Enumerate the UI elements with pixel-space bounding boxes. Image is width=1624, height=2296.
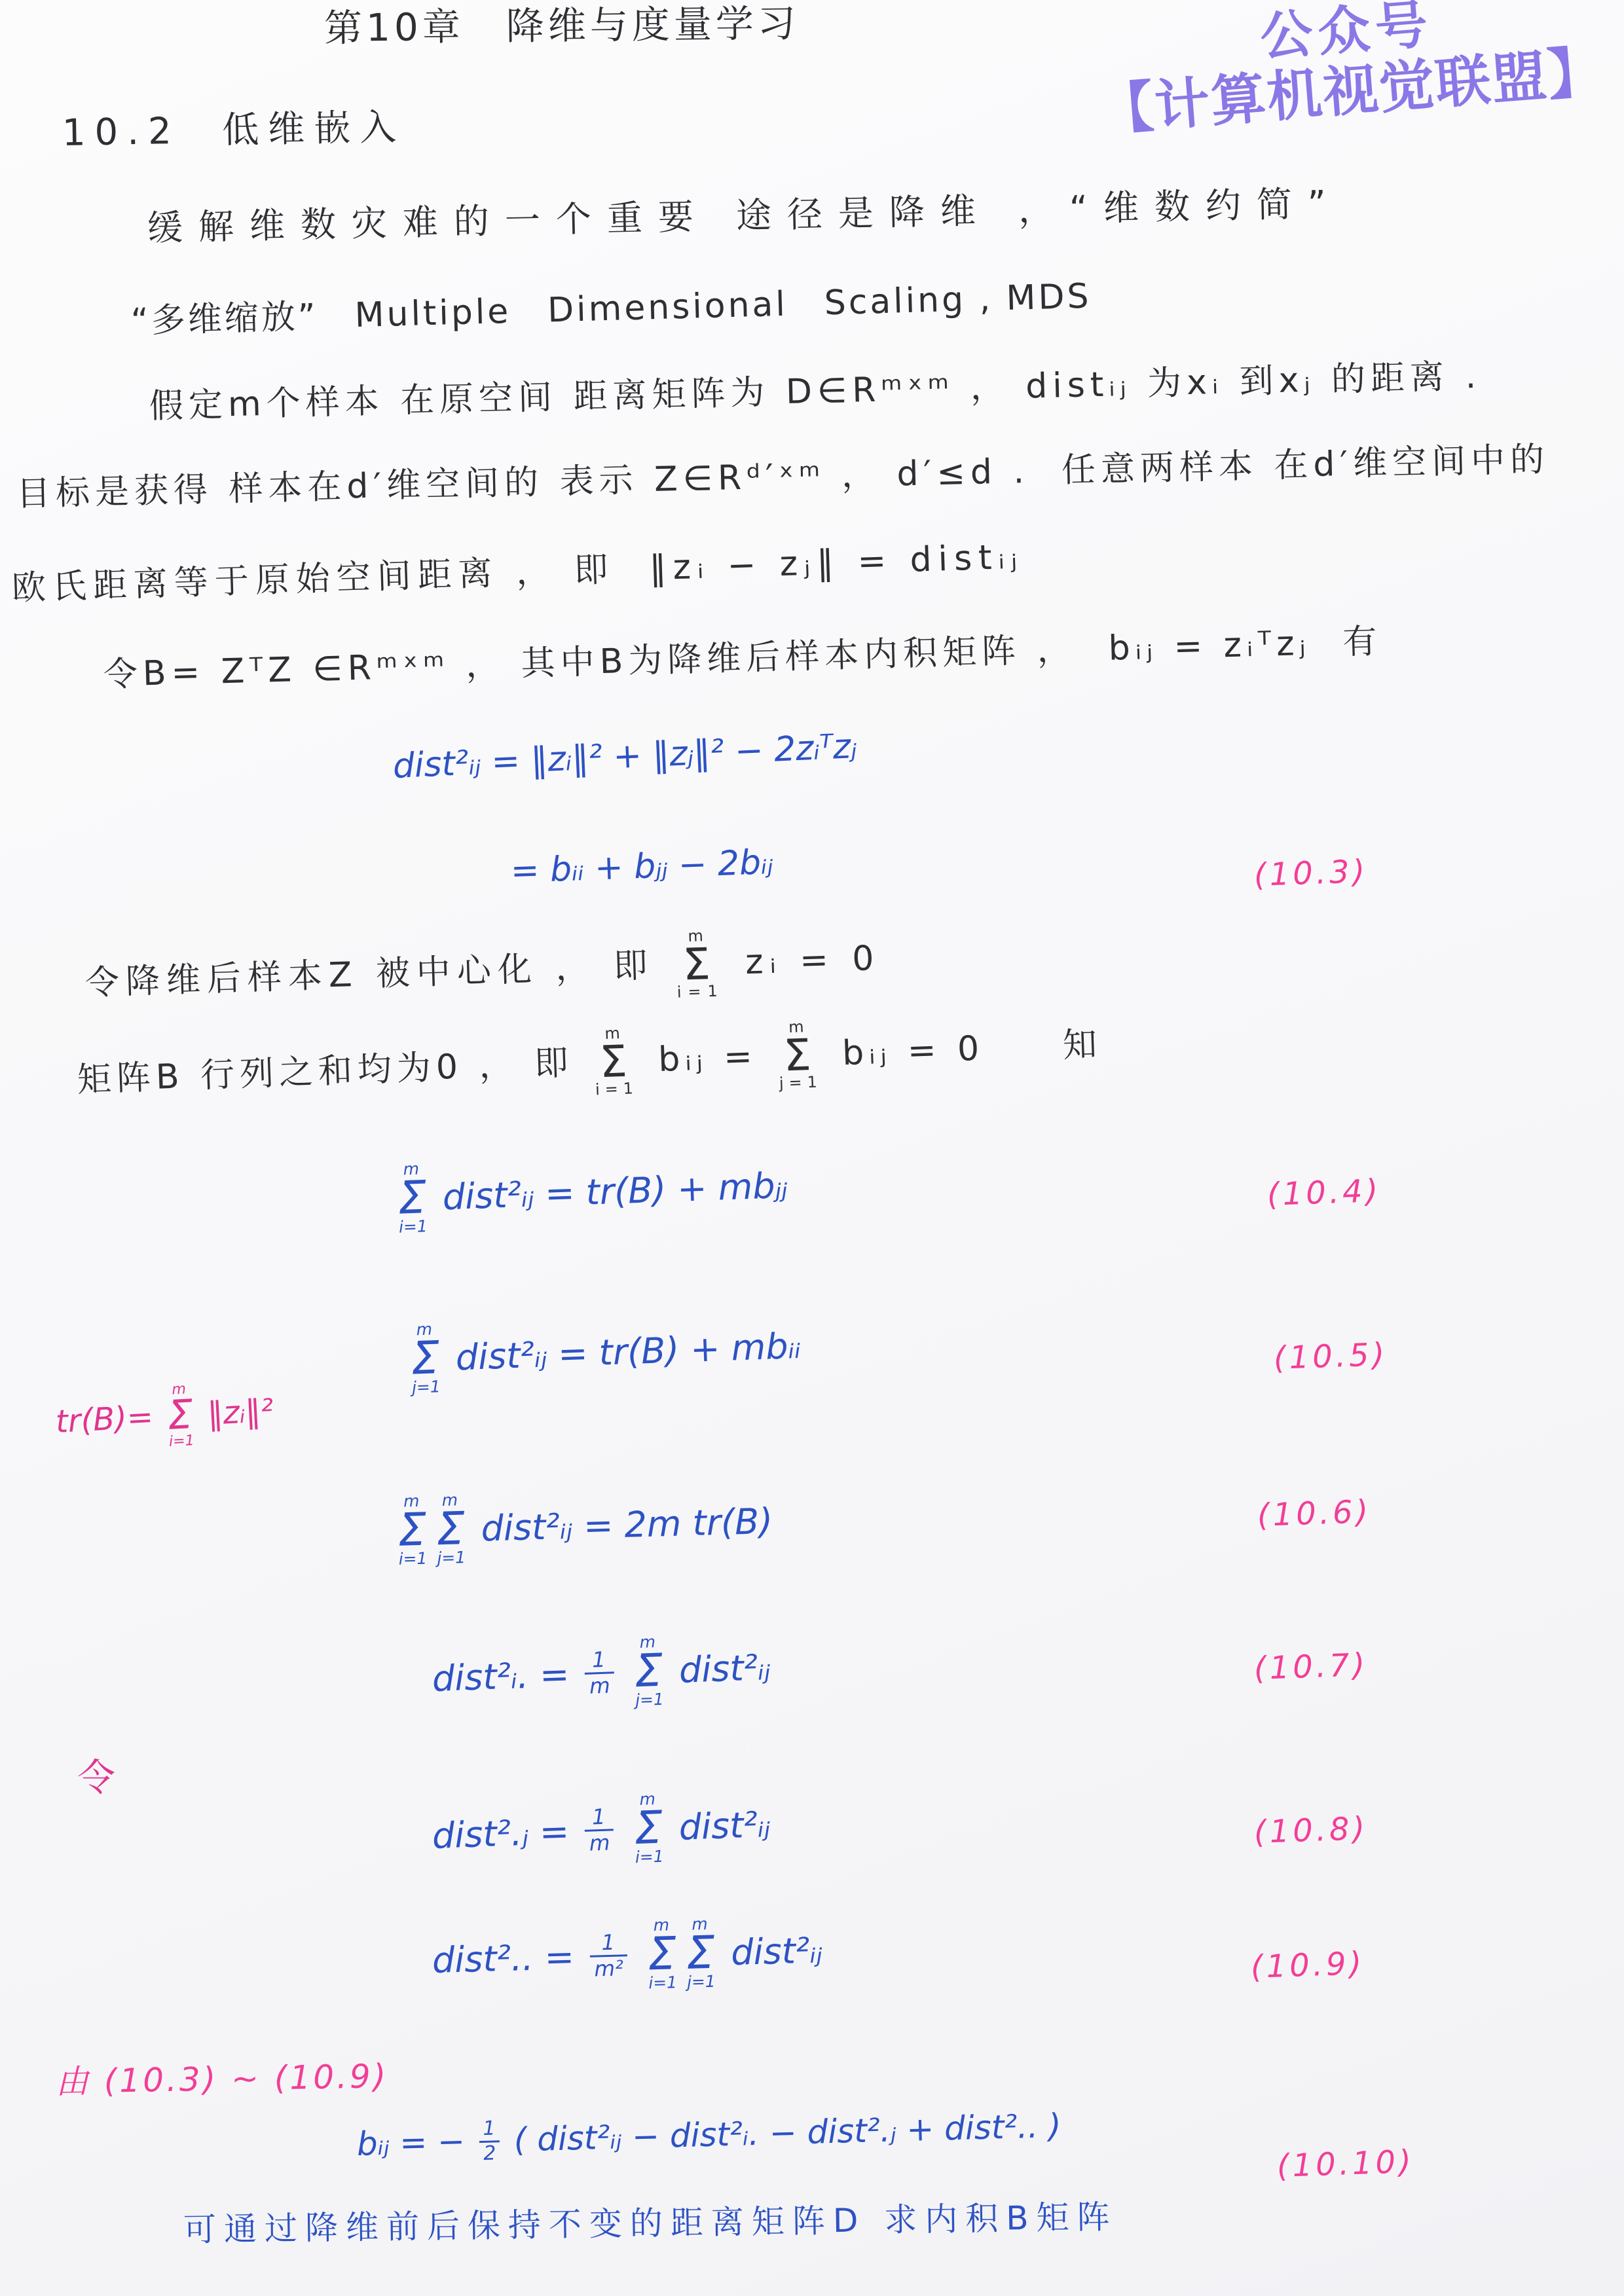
paragraph-assume-distance-matrix: 假定m个样本 在原空间 距离矩阵为 D∈Rᵐˣᵐ ， distᵢⱼ 为xᵢ 到x… (149, 357, 1481, 427)
equation-label-10-6: (10.6) (1257, 1494, 1372, 1534)
chapter-title: 第10章 降维与度量学习 (324, 1, 800, 50)
equation-label-10-8: (10.8) (1253, 1811, 1369, 1851)
section-heading: 10.2 低维嵌入 (62, 107, 405, 155)
equation-label-10-10: (10.10) (1276, 2144, 1415, 2185)
conclusion-note: 可通过降维前后保持不变的距离矩阵D 求内积B矩阵 (183, 2198, 1118, 2249)
equation-10-7: dist²ᵢ. = 1m mΣj=1 dist²ᵢⱼ (431, 1630, 771, 1716)
paragraph-centering-condition: 令降维后样本Z 被中心化 ， 即 mΣi=1 zᵢ = 0 (84, 923, 881, 1019)
equation-label-10-7: (10.7) (1253, 1647, 1369, 1687)
equation-10-5: mΣj=1 dist²ᵢⱼ = tr(B) + mbᵢᵢ (405, 1309, 802, 1396)
equation-label-10-5: (10.5) (1273, 1337, 1388, 1377)
equation-10-9: dist².. = 1m² mΣi=1mΣj=1 dist²ᵢⱼ (432, 1913, 824, 1997)
equation-label-10-9: (10.9) (1250, 1946, 1365, 1986)
equation-10-3-line1: dist²ᵢⱼ = ‖zᵢ‖² + ‖zⱼ‖² − 2zᵢᵀzⱼ (392, 727, 858, 787)
equation-10-8: dist².ⱼ = 1m mΣi=1 dist²ᵢⱼ (431, 1787, 771, 1873)
margin-note-from-equations: 由 (10.3) ~ (10.9) (55, 2058, 388, 2101)
margin-note-let: 令 (77, 1756, 115, 1800)
equation-10-4: mΣi=1 dist²ᵢⱼ = tr(B) + mbⱼⱼ (392, 1148, 788, 1236)
paragraph-euclidean-distance: 欧氏距离等于原始空间距离 ， 即 ‖zᵢ − zⱼ‖ = distᵢⱼ (11, 538, 1024, 608)
equation-10-10: bᵢⱼ = − 12 ( dist²ᵢⱼ − dist²ᵢ. − dist².ⱼ… (356, 2103, 1061, 2168)
paragraph-row-col-sum: 矩阵B 行列之和均为0 ， 即 mΣi=1 bᵢⱼ = mΣj=1 bᵢⱼ = … (76, 1009, 1103, 1116)
equation-10-6: mΣi=1mΣj=1 dist²ᵢⱼ = 2m tr(B) (392, 1484, 774, 1568)
paragraph-let-b-matrix: 令B= ZᵀZ ∈Rᵐˣᵐ ， 其中B为降维后样本内积矩阵 ， bᵢⱼ = zᵢ… (103, 623, 1382, 695)
equation-label-10-3: (10.3) (1253, 854, 1369, 894)
paragraph-goal-representation: 目标是获得 样本在d′维空间的 表示 Z∈Rᵈ′ˣᵐ ， d′≤d . 任意两样… (16, 441, 1549, 515)
equation-label-10-4: (10.4) (1266, 1173, 1382, 1213)
equation-10-3-line2: = bᵢᵢ + bⱼⱼ − 2bᵢⱼ (510, 843, 773, 892)
paragraph-mds: “多维缩放” Multiple Dimensional Scaling , MD… (130, 278, 1092, 342)
paragraph-dimension-curse: 缓解维数灾难的一个重要 途径是降维 ，“维数约简” (147, 183, 1342, 249)
margin-note-trace: tr(B)= mΣi=1 ‖zᵢ‖² (54, 1378, 275, 1455)
watermark: 公众号 【计算机视觉联盟】 (1063, 0, 1624, 143)
notebook-page: 第10章 降维与度量学习 公众号 【计算机视觉联盟】 10.2 低维嵌入 缓解维… (0, 0, 1624, 2296)
